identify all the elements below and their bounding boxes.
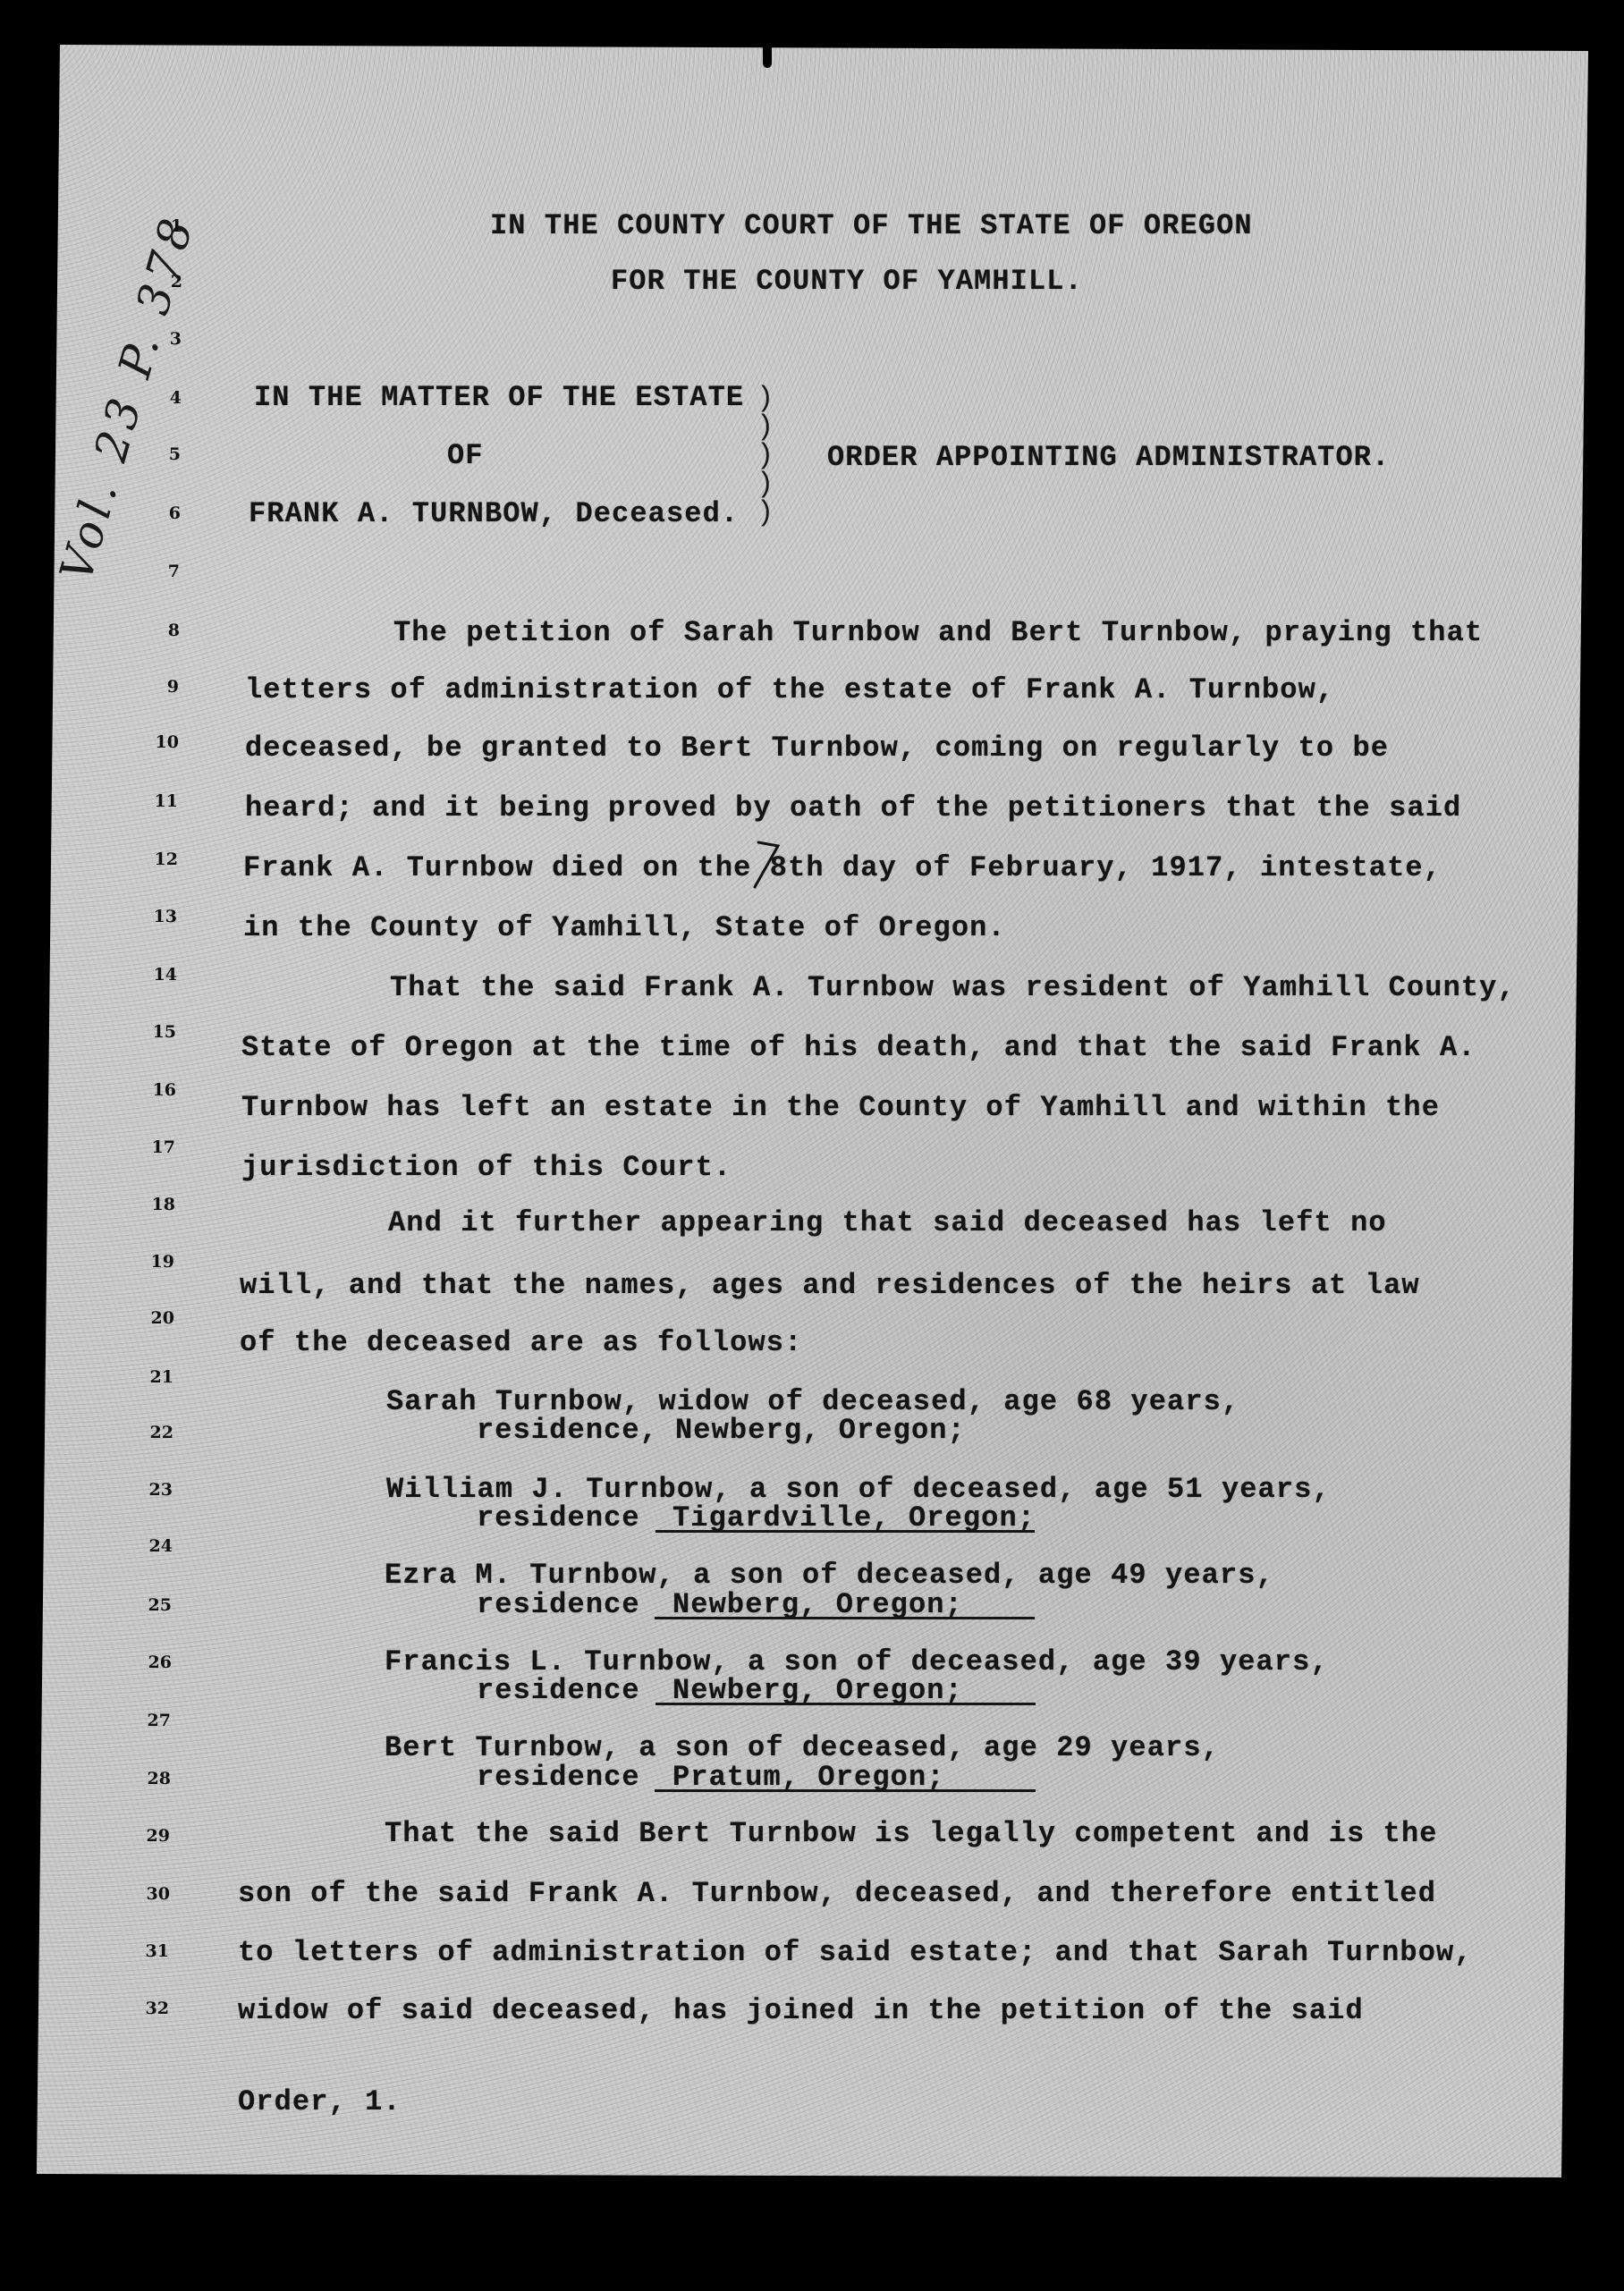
line-number: 10 [143,731,179,753]
line-number: 27 [135,1710,171,1731]
line-number: 25 [136,1594,172,1616]
caption-line-of: OF [447,438,484,474]
line-number: 22 [138,1422,173,1443]
caption-bracket: ) [757,413,774,442]
line-number: 31 [133,1940,169,1962]
line-number: 19 [139,1251,174,1272]
line-number: 20 [139,1307,174,1329]
line-number: 8 [144,620,180,641]
line-number: 3 [146,328,182,350]
body-line: to letters of administration of said est… [238,1935,1473,1971]
line-number: 28 [135,1768,171,1789]
scan-artifact-mark [763,36,772,68]
line-number: 7 [144,561,180,582]
heir-residence-label: residence [477,1673,640,1709]
body-line: And it further appearing that said decea… [388,1205,1387,1241]
line-number: 17 [140,1137,175,1158]
body-line: Frank A. Turnbow died on the 8th day of … [243,850,1442,886]
line-number: 12 [142,849,178,870]
line-number: 1 [147,216,182,237]
caption-bracket: ) [757,470,774,499]
heir-residence-label: residence [477,1501,640,1536]
document-title: ORDER APPOINTING ADMINISTRATOR. [827,440,1390,476]
body-line: That the said Bert Turnbow is legally co… [385,1816,1438,1852]
body-line: will, and that the names, ages and resid… [240,1268,1420,1304]
line-number: 15 [140,1021,176,1043]
heir-residence: Newberg, Oregon; [675,1413,966,1449]
body-line: deceased, be granted to Bert Turnbow, co… [245,731,1389,766]
residence-underline [656,1703,1036,1705]
line-number: 24 [137,1535,173,1557]
heir-residence-label: residence [477,1587,640,1623]
line-number: 21 [138,1366,173,1388]
body-line: Turnbow has left an estate in the County… [241,1090,1440,1126]
court-title: IN THE COUNTY COURT OF THE STATE OF OREG… [490,208,1253,244]
heir-residence-label: residence, [477,1413,658,1449]
body-line: State of Oregon at the time of his death… [241,1030,1476,1066]
residence-underline [655,1617,1035,1619]
line-number: 30 [134,1883,170,1905]
body-line: widow of said deceased, has joined in th… [238,1993,1364,2029]
line-number: 18 [140,1194,175,1215]
line-number: 23 [137,1479,173,1501]
line-number: 14 [141,964,177,985]
line-number: 11 [142,790,178,812]
line-number: 13 [141,906,177,927]
caption-bracket: ) [757,442,774,470]
body-line: jurisdiction of this Court. [241,1150,732,1186]
caption-line-matter: IN THE MATTER OF THE ESTATE [254,380,744,416]
line-number: 5 [145,444,181,465]
body-line: That the said Frank A. Turnbow was resid… [390,970,1516,1006]
line-number: 9 [143,676,179,697]
line-number: 26 [136,1652,172,1673]
residence-underline [656,1530,1035,1533]
line-number: 4 [146,387,182,409]
body-line: in the County of Yamhill, State of Orego… [243,910,1006,946]
caption-bracket: ) [757,499,774,528]
body-line: letters of administration of the estate … [245,672,1334,708]
body-line: son of the said Frank A. Turnbow, deceas… [238,1876,1436,1912]
heir-residence-label: residence [477,1760,640,1796]
line-number: 16 [140,1079,176,1101]
residence-underline [655,1789,1036,1792]
handwritten-date-correction [751,837,787,891]
body-line: heard; and it being proved by oath of th… [245,790,1461,826]
body-line: of the deceased are as follows: [240,1325,802,1361]
body-line: The petition of Sarah Turnbow and Bert T… [393,615,1483,651]
line-number: 32 [133,1998,169,2019]
line-number: 2 [147,271,182,292]
line-number: 29 [134,1825,170,1847]
caption-line-decedent: FRANK A. TURNBOW, Deceased. [249,496,739,532]
county-title: FOR THE COUNTY OF YAMHILL. [611,264,1083,300]
page-footer-label: Order, 1. [238,2084,402,2120]
line-number: 6 [145,503,181,524]
caption-bracket: ) [757,385,774,413]
